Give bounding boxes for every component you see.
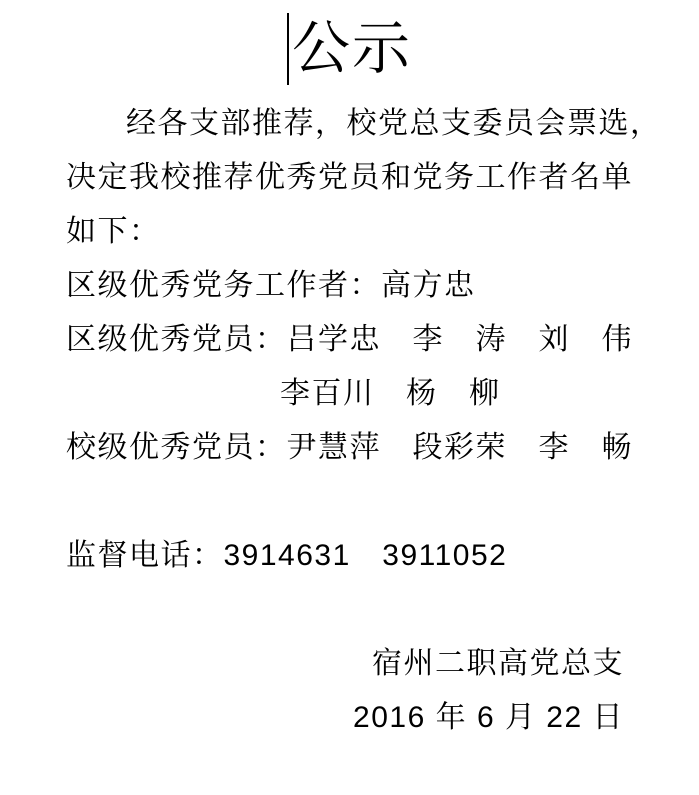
- supervision-phone-line[interactable]: 监督电话：3914631 3911052: [0, 529, 699, 583]
- body-line-district-worker[interactable]: 区级优秀党务工作者：高方忠: [0, 259, 699, 313]
- document-body: 经各支部推荐，校党总支委员会票选， 决定我校推荐优秀党员和党务工作者名单 如下：…: [0, 97, 699, 745]
- page-title: 公示: [292, 20, 412, 78]
- body-line-district-members-cont[interactable]: 李百川 杨 柳: [0, 367, 699, 421]
- body-line-intro-2[interactable]: 决定我校推荐优秀党员和党务工作者名单: [0, 151, 699, 205]
- notice-document-page[interactable]: 公示 经各支部推荐，校党总支委员会票选， 决定我校推荐优秀党员和党务工作者名单 …: [0, 0, 699, 795]
- phone-numbers: 3914631 3911052: [224, 539, 508, 572]
- body-line-intro-3[interactable]: 如下：: [0, 205, 699, 259]
- blank-line: [0, 583, 699, 637]
- blank-line: [0, 475, 699, 529]
- date-line[interactable]: 2016 年 6 月 22 日: [0, 691, 699, 745]
- body-line-district-members[interactable]: 区级优秀党员：吕学忠 李 涛 刘 伟: [0, 313, 699, 367]
- body-line-intro-1[interactable]: 经各支部推荐，校党总支委员会票选，: [0, 97, 699, 151]
- signature-line[interactable]: 宿州二职高党总支: [0, 637, 699, 691]
- body-line-school-members[interactable]: 校级优秀党员：尹慧萍 段彩荣 李 畅: [0, 421, 699, 475]
- text-cursor: [287, 13, 289, 85]
- title-row: 公示: [0, 0, 699, 97]
- phone-label: 监督电话：: [66, 539, 224, 572]
